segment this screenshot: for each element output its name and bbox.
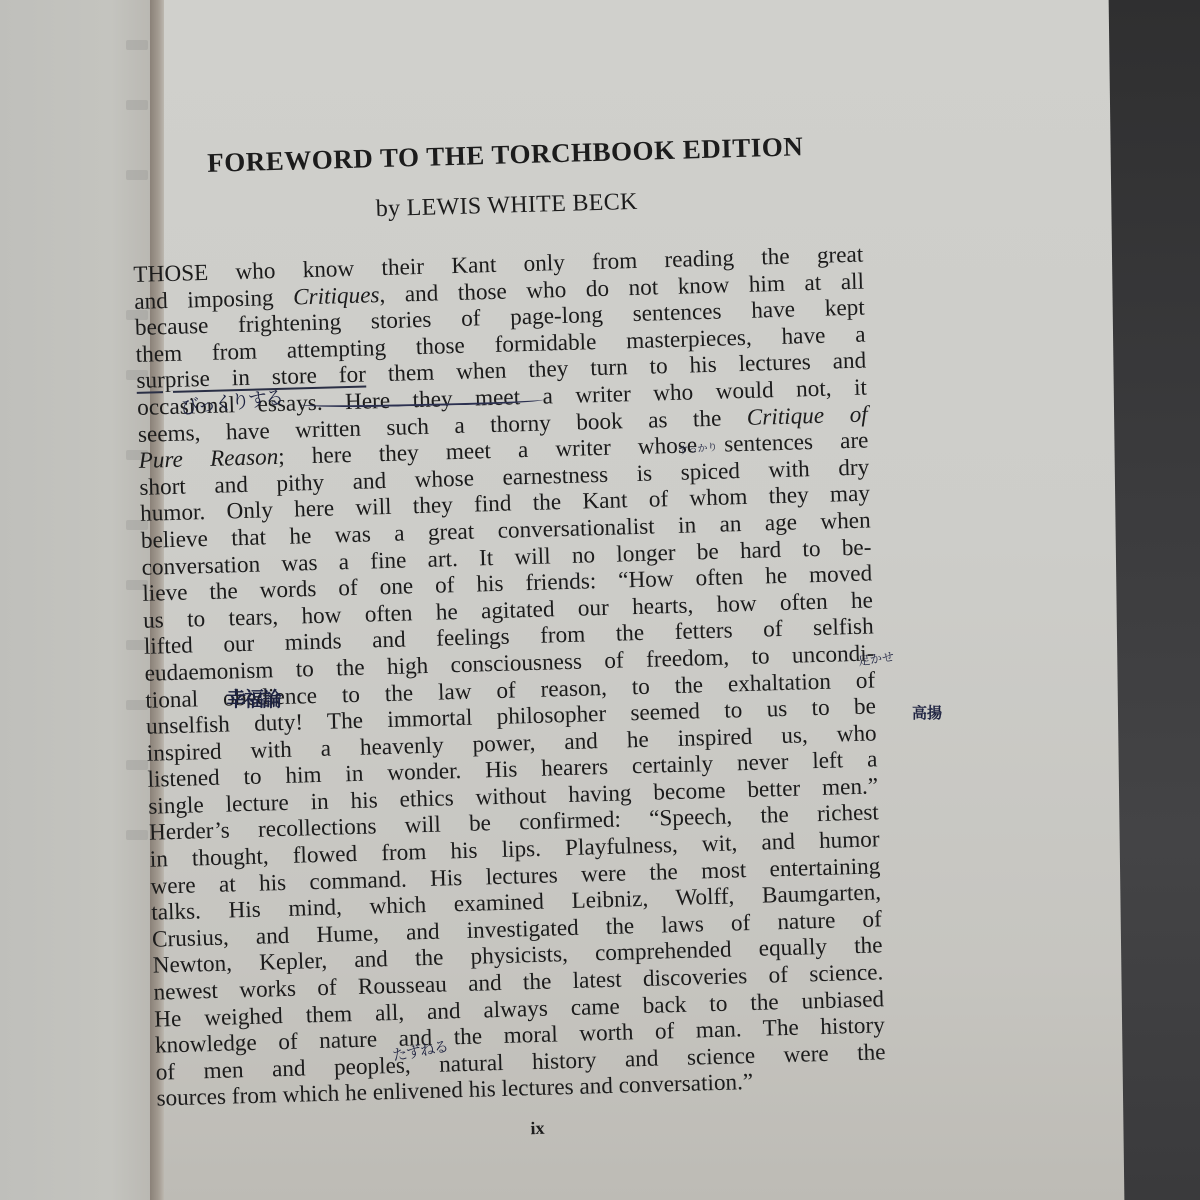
- page-content: FOREWORD TO THE TORCHBOOK EDITION by LEW…: [130, 130, 888, 1150]
- bleed-through-mark: [126, 100, 148, 110]
- bleed-through-mark: [126, 40, 148, 50]
- bleed-through-mark: [126, 760, 148, 770]
- handwritten-inline-note: 高揚: [912, 702, 942, 723]
- bleed-through-mark: [126, 830, 148, 840]
- handwritten-margin-note: 幸福論: [226, 683, 280, 712]
- author-byline: by LEWIS WHITE BECK: [131, 183, 861, 230]
- body-text: THOSE who know their Kant only from read…: [133, 242, 886, 1113]
